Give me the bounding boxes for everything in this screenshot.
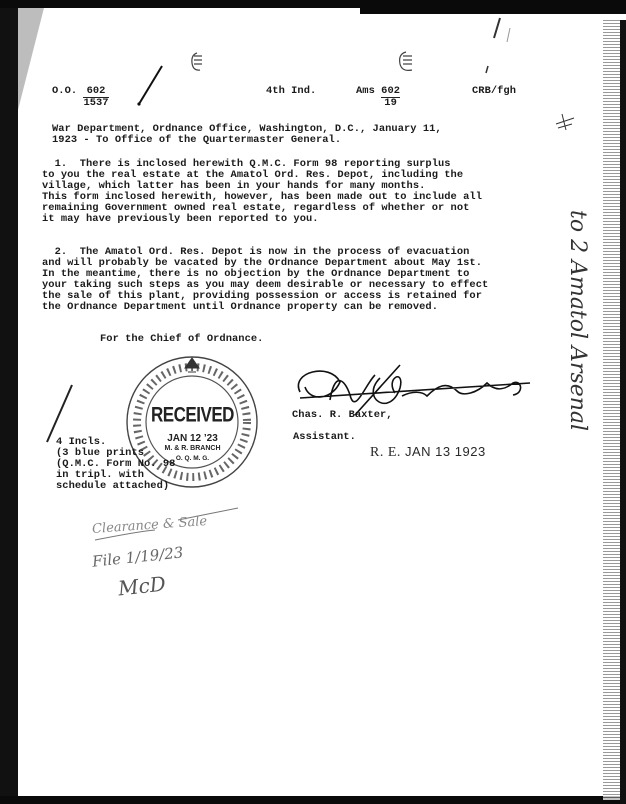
- pen-marks: [0, 0, 626, 804]
- document-page: O.O. 6021537 4th Ind. Ams 60219 CRB/fgh …: [0, 0, 626, 804]
- received-stamp-date: JAN 12 ’23: [125, 433, 260, 444]
- ams-prefix: Ams: [356, 85, 375, 97]
- received-stamp-label: RECEIVED: [125, 403, 260, 428]
- handwritten-initials: McD: [117, 572, 167, 601]
- signer-name: Chas. R. Baxter,: [292, 410, 393, 421]
- re-stamp-date: JAN 13 1923: [405, 444, 486, 459]
- margin-handwritten-note: to 2 Amatol Arsenal: [565, 210, 590, 431]
- inclosure-line: schedule attached): [56, 481, 169, 492]
- ams-number-bottom: 19: [381, 98, 400, 109]
- file-number-bottom: 1537: [83, 98, 108, 109]
- file-prefix: O.O.: [52, 85, 77, 97]
- received-stamp-branch: M. & R. BRANCH: [125, 445, 260, 452]
- address-line-2: 1923 - To Office of the Quartermaster Ge…: [52, 135, 341, 146]
- file-reference: O.O. 6021537: [52, 86, 109, 109]
- paragraph-1-line: it may have previously been reported to …: [42, 214, 319, 225]
- ams-reference: Ams 60219: [356, 86, 400, 109]
- paragraph-2-line: the Ordnance Department until Ordnance p…: [42, 302, 438, 313]
- ams-number: 60219: [381, 86, 400, 109]
- file-number: 6021537: [83, 86, 108, 109]
- re-date-stamp: R. E. JAN 13 1923: [370, 444, 486, 461]
- signer-title: Assistant.: [293, 432, 356, 443]
- closing-line: For the Chief of Ordnance.: [100, 334, 263, 345]
- indorsement-label: 4th Ind.: [266, 86, 316, 97]
- re-stamp-prefix: R. E.: [370, 445, 401, 460]
- typist-initials: CRB/fgh: [472, 86, 516, 97]
